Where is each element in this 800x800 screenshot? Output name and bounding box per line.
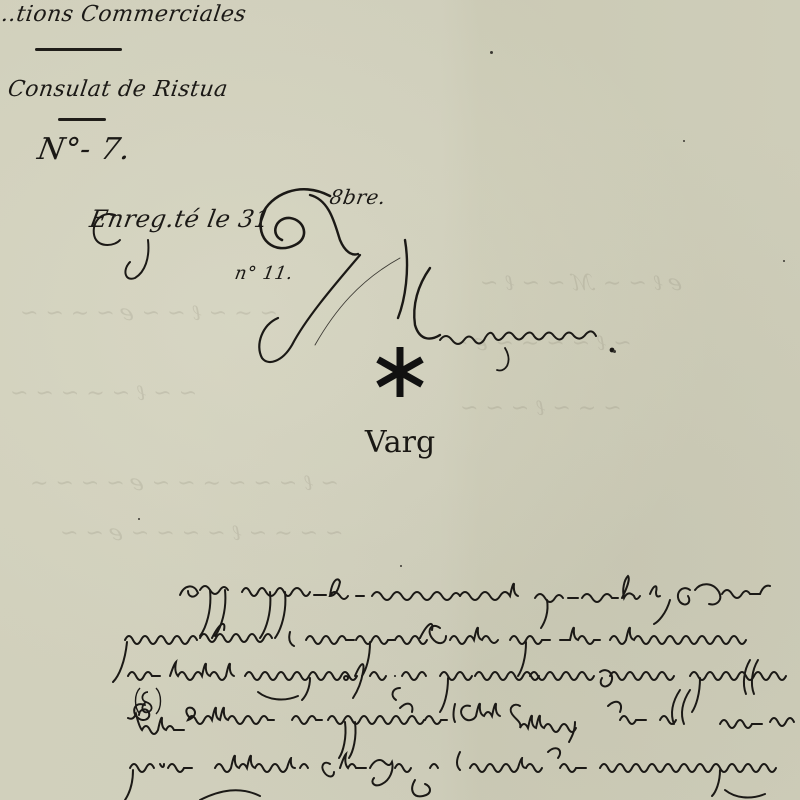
bleed-through-text: ~ ~ ∽ ~ ℓ ~ ~ ~ ~ ℯ ~ ~ [60, 520, 343, 546]
header-line-2: Consulat de Ristua [6, 77, 229, 102]
document-scan: ℯ ℓ ~ ∽ ℳ ~ ~ ℓ ~ ~ ∽ ~ ℓ ~ ~ ℯ ~ ∽ ~ ~ … [0, 0, 800, 800]
bleed-through-text: ~ ∽ ~ ℓ ~ ~ ~ [460, 395, 622, 421]
paper-speck [400, 565, 402, 567]
paper-speck [138, 518, 140, 520]
bleed-through-text: ℯ ℓ ~ ∽ ℳ ~ ~ ℓ ~ [480, 270, 683, 296]
document-number: N°- 7. [35, 132, 134, 167]
header-rule-1 [35, 48, 122, 51]
bleed-through-text: ~ ∽ ~ ℓ ~ ~ ℯ ~ ∽ ~ ~ [20, 300, 278, 326]
paper-speck [490, 51, 493, 54]
paper-speck [783, 260, 785, 262]
paper-speck [683, 140, 685, 142]
registration-month: 8bre. [328, 185, 388, 209]
header-rule-2 [58, 118, 106, 121]
location-marker[interactable] [368, 345, 432, 399]
bleed-through-text: ~ ℓ ~ ~ ~ ∽ ~ ~ ℯ ~ ~ ~ ∽ [30, 470, 339, 496]
asterisk-icon [373, 345, 427, 399]
registration-text: Enreg.té le 31 [88, 205, 273, 233]
marker-label: Varg [340, 428, 460, 458]
registration-number: n° 11. [233, 263, 295, 284]
bleed-through-text: ~ ~ ℓ ~ ∽ ~ ~ ~ [10, 380, 197, 406]
paper-speck [613, 350, 616, 353]
header-line-1: …tions Commerciales [0, 2, 248, 27]
